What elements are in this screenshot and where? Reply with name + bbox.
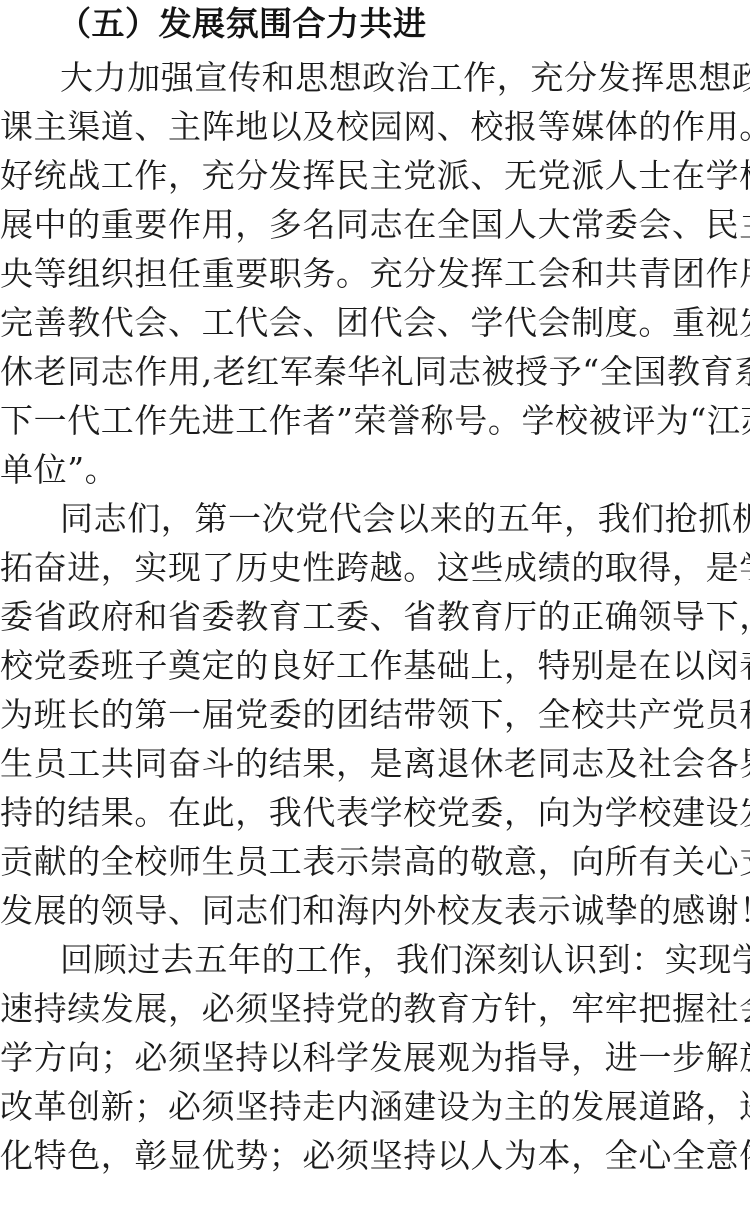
paragraph-2-line-7: 持的结果。在此，我代表学校党委，向为学校建设发展做出 [0,791,750,835]
paragraph-1-line-6: 完善教代会、工代会、团代会、学代会制度。重视发挥离退 [0,301,750,345]
paragraph-2-line-3: 委省政府和省委教育工委、省教育厅的正确领导下，在历届 [0,595,750,639]
paragraph-1-line-1: 大力加强宣传和思想政治工作，充分发挥思想政治理论 [60,56,750,100]
paragraph-1-line-5: 央等组织担任重要职务。充分发挥工会和共青团作用，不断 [0,252,750,296]
paragraph-1-line-9: 单位”。 [0,448,750,492]
paragraph-1-line-3: 好统战工作，充分发挥民主党派、无党派人士在学校事业发 [0,154,750,198]
paragraph-1-line-4: 展中的重要作用，多名同志在全国人大常委会、民主党派中 [0,203,750,247]
paragraph-3-line-2: 速持续发展，必须坚持党的教育方针，牢牢把握社会主义办 [0,987,750,1031]
paragraph-2-line-2: 拓奋进，实现了历史性跨越。这些成绩的取得，是学校在省 [0,546,750,590]
section-heading: （五）发展氛围合力共进 [58,2,750,46]
paragraph-2-line-8: 贡献的全校师生员工表示崇高的敬意，向所有关心支持学校 [0,840,750,884]
paragraph-2-line-6: 生员工共同奋斗的结果，是离退休老同志及社会各界关心支 [0,742,750,786]
paragraph-2-line-4: 校党委班子奠定的良好工作基础上，特别是在以闵春发同志 [0,644,750,688]
paragraph-3-line-4: 改革创新；必须坚持走内涵建设为主的发展道路，进一步强 [0,1085,750,1129]
paragraph-2-line-1: 同志们，第一次党代会以来的五年，我们抢抓机遇、开 [60,497,750,541]
paragraph-3-line-5: 化特色，彰显优势；必须坚持以人为本，全心全意依靠广大 [0,1134,750,1178]
paragraph-1-line-7: 休老同志作用,老红军秦华礼同志被授予“全国教育系统关心 [0,350,750,394]
paragraph-1-line-8: 下一代工作先进工作者”荣誉称号。学校被评为“江苏省文明 [0,399,750,443]
document-page: （五）发展氛围合力共进 大力加强宣传和思想政治工作，充分发挥思想政治理论 课主渠… [0,0,750,1209]
paragraph-1-line-2: 课主渠道、主阵地以及校园网、校报等媒体的作用。切实做 [0,105,750,149]
paragraph-3-line-3: 学方向；必须坚持以科学发展观为指导，进一步解放思想， [0,1036,750,1080]
paragraph-2-line-5: 为班长的第一届党委的团结带领下，全校共产党员和广大师 [0,693,750,737]
paragraph-3-line-1: 回顾过去五年的工作，我们深刻认识到：实现学校的快 [60,938,750,982]
paragraph-2-line-9: 发展的领导、同志们和海内外校友表示诚挚的感谢！ [0,889,750,933]
